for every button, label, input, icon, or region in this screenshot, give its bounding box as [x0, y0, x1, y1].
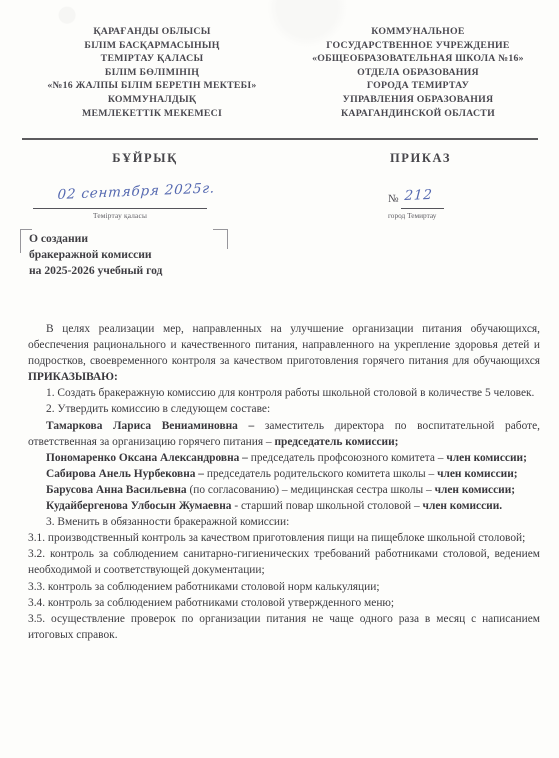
- body-paragraph: 3.3. контроль за соблюдением работниками…: [28, 579, 540, 595]
- org-name-russian: КОММУНАЛЬНОЕГОСУДАРСТВЕННОЕ УЧРЕЖДЕНИЕ«О…: [293, 25, 543, 120]
- body-paragraph: 3.2. контроль за соблюдением санитарно-г…: [28, 546, 540, 578]
- org-name-ru-line: КОММУНАЛЬНОЕ: [293, 25, 543, 39]
- subject-line: бракеражной комиссии: [29, 247, 229, 263]
- place-label-russian: город Темиртау: [388, 211, 446, 220]
- body-paragraph: В целях реализации мер, направленных на …: [28, 321, 540, 385]
- body-paragraph: Тамаркова Лариса Вениаминовна – заместит…: [28, 418, 540, 450]
- org-name-ru-line: ГОРОДА ТЕМИРТАУ: [293, 79, 543, 93]
- org-name-ru-line: ГОСУДАРСТВЕННОЕ УЧРЕЖДЕНИЕ: [293, 39, 543, 53]
- order-document-page: ҚАРАҒАНДЫ ОБЛЫСЫБІЛІМ БАСҚАРМАСЫНЫҢТЕМІР…: [0, 0, 559, 758]
- org-name-kk-line: БІЛІМ БӨЛІМІНІҢ: [16, 66, 288, 80]
- header-divider-line: [22, 138, 538, 140]
- org-name-kk-line: КОММУНАЛДЫҚ: [16, 93, 288, 107]
- body-paragraph: Кудайбергенова Улбосын Жумаевна - старши…: [28, 498, 540, 514]
- org-name-ru-line: УПРАВЛЕНИЯ ОБРАЗОВАНИЯ: [293, 93, 543, 107]
- body-paragraph: Сабирова Анель Нурбековна – председатель…: [28, 466, 540, 482]
- order-number-handwritten: 212: [404, 187, 433, 204]
- org-name-kk-line: ТЕМІРТАУ ҚАЛАСЫ: [16, 52, 288, 66]
- org-name-ru-line: КАРАГАНДИНСКОЙ ОБЛАСТИ: [293, 107, 543, 121]
- order-heading-russian: ПРИКАЗ: [293, 151, 548, 166]
- number-sign-label: №: [388, 193, 399, 205]
- body-paragraph: 2. Утвердить комиссию в следующем состав…: [28, 401, 540, 417]
- letterhead: ҚАРАҒАНДЫ ОБЛЫСЫБІЛІМ БАСҚАРМАСЫНЫҢТЕМІР…: [16, 25, 543, 120]
- body-paragraph: 3.4. контроль за соблюдением работниками…: [28, 595, 540, 611]
- org-name-kk-line: МЕМЛЕКЕТТІК МЕКЕМЕСІ: [16, 107, 288, 121]
- order-date-handwritten: 02 сентября 2025г.: [57, 180, 216, 203]
- body-paragraph: Пономаренко Оксана Александровна – предс…: [28, 450, 540, 466]
- order-heading-kazakh: БҰЙРЫҚ: [0, 151, 290, 166]
- number-underline: [401, 208, 444, 209]
- body-paragraph: 3.5. осуществление проверок по организац…: [28, 611, 540, 643]
- subject-line: на 2025-2026 учебный год: [29, 263, 229, 279]
- order-body: В целях реализации мер, направленных на …: [28, 321, 540, 643]
- body-paragraph: 3. Вменить в обязанности бракеражной ком…: [28, 514, 540, 530]
- body-paragraph: Барусова Анна Васильевна (по согласовани…: [28, 482, 540, 498]
- org-name-kk-line: БІЛІМ БАСҚАРМАСЫНЫҢ: [16, 39, 288, 53]
- date-underline: [33, 208, 207, 209]
- body-paragraph: 3.1. производственный контроль за качест…: [28, 530, 540, 546]
- org-name-kazakh: ҚАРАҒАНДЫ ОБЛЫСЫБІЛІМ БАСҚАРМАСЫНЫҢТЕМІР…: [16, 25, 288, 120]
- org-name-kk-line: ҚАРАҒАНДЫ ОБЛЫСЫ: [16, 25, 288, 39]
- org-name-kk-line: «№16 ЖАЛПЫ БІЛІМ БЕРЕТІН МЕКТЕБІ»: [16, 79, 288, 93]
- org-name-ru-line: «ОБЩЕОБРАЗОВАТЕЛЬНАЯ ШКОЛА №16»: [293, 52, 543, 66]
- subject-line: О создании: [29, 231, 229, 247]
- org-name-ru-line: ОТДЕЛА ОБРАЗОВАНИЯ: [293, 66, 543, 80]
- place-label-kazakh: Теміртау қаласы: [33, 211, 207, 220]
- body-paragraph: 1. Создать бракеражную комиссию для конт…: [28, 385, 540, 401]
- order-subject: О созданиибракеражной комиссиина 2025-20…: [29, 231, 229, 279]
